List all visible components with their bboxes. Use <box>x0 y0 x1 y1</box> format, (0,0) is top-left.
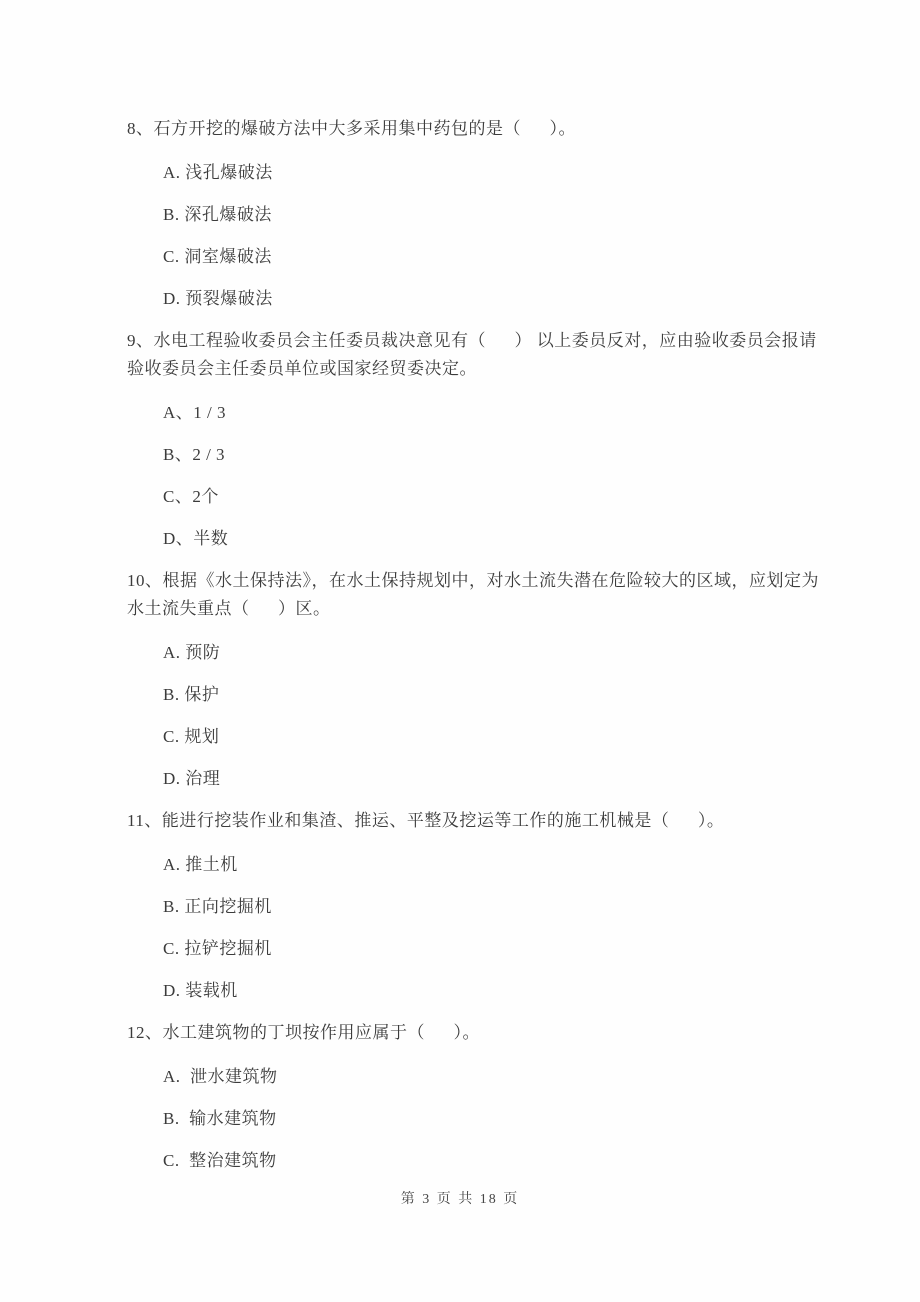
question-10-option-b: B. 保护 <box>127 681 820 709</box>
question-12-text: 12、水工建筑物的丁坝按作用应属于（ ）。 <box>127 1019 820 1047</box>
question-10-line-1: 10、根据《水土保持法》，在水土保持规划中，对水土流失潜在危险较大的区域，应划定… <box>127 567 820 595</box>
question-8-option-b: B. 深孔爆破法 <box>127 201 820 229</box>
question-8-option-c: C. 洞室爆破法 <box>127 243 820 271</box>
page-footer: 第 3 页 共 18 页 <box>0 1190 920 1210</box>
questions-area: 8、石方开挖的爆破方法中大多采用集中药包的是（ ）。 A. 浅孔爆破法 B. 深… <box>127 115 820 1189</box>
question-11-option-a: A. 推土机 <box>127 851 820 879</box>
question-9-option-b: B、2 / 3 <box>127 441 820 469</box>
question-10-option-c: C. 规划 <box>127 723 820 751</box>
question-11-line-1: 11、能进行挖装作业和集渣、推运、平整及挖运等工作的施工机械是（ ）。 <box>127 807 820 835</box>
question-11-text: 11、能进行挖装作业和集渣、推运、平整及挖运等工作的施工机械是（ ）。 <box>127 807 820 835</box>
question-10-line-2: 水土流失重点（ ）区。 <box>127 595 820 623</box>
question-8-option-d: D. 预裂爆破法 <box>127 285 820 313</box>
question-8-line-1: 8、石方开挖的爆破方法中大多采用集中药包的是（ ）。 <box>127 115 820 143</box>
question-12-option-b: B. 输水建筑物 <box>127 1105 820 1133</box>
question-9-line-2: 验收委员会主任委员单位或国家经贸委决定。 <box>127 355 820 383</box>
question-8-option-a: A. 浅孔爆破法 <box>127 159 820 187</box>
question-9-text: 9、水电工程验收委员会主任委员裁决意见有（ ） 以上委员反对，应由验收委员会报请… <box>127 327 820 383</box>
question-11: 11、能进行挖装作业和集渣、推运、平整及挖运等工作的施工机械是（ ）。 A. 推… <box>127 807 820 1005</box>
question-10-option-d: D. 治理 <box>127 765 820 793</box>
question-10: 10、根据《水土保持法》，在水土保持规划中，对水土流失潜在危险较大的区域，应划定… <box>127 567 820 793</box>
question-12-option-a: A. 泄水建筑物 <box>127 1063 820 1091</box>
question-12: 12、水工建筑物的丁坝按作用应属于（ ）。 A. 泄水建筑物 B. 输水建筑物 … <box>127 1019 820 1175</box>
question-11-option-b: B. 正向挖掘机 <box>127 893 820 921</box>
question-9: 9、水电工程验收委员会主任委员裁决意见有（ ） 以上委员反对，应由验收委员会报请… <box>127 327 820 553</box>
question-11-option-d: D. 装载机 <box>127 977 820 1005</box>
question-9-option-d: D、半数 <box>127 525 820 553</box>
question-10-option-a: A. 预防 <box>127 639 820 667</box>
question-11-option-c: C. 拉铲挖掘机 <box>127 935 820 963</box>
question-8-text: 8、石方开挖的爆破方法中大多采用集中药包的是（ ）。 <box>127 115 820 143</box>
question-9-option-a: A、1 / 3 <box>127 399 820 427</box>
exam-paper-page: 8、石方开挖的爆破方法中大多采用集中药包的是（ ）。 A. 浅孔爆破法 B. 深… <box>0 0 920 1302</box>
question-12-option-c: C. 整治建筑物 <box>127 1147 820 1175</box>
question-10-text: 10、根据《水土保持法》，在水土保持规划中，对水土流失潜在危险较大的区域，应划定… <box>127 567 820 623</box>
question-8: 8、石方开挖的爆破方法中大多采用集中药包的是（ ）。 A. 浅孔爆破法 B. 深… <box>127 115 820 313</box>
question-12-line-1: 12、水工建筑物的丁坝按作用应属于（ ）。 <box>127 1019 820 1047</box>
question-9-line-1: 9、水电工程验收委员会主任委员裁决意见有（ ） 以上委员反对，应由验收委员会报请 <box>127 327 820 355</box>
question-9-option-c: C、2个 <box>127 483 820 511</box>
